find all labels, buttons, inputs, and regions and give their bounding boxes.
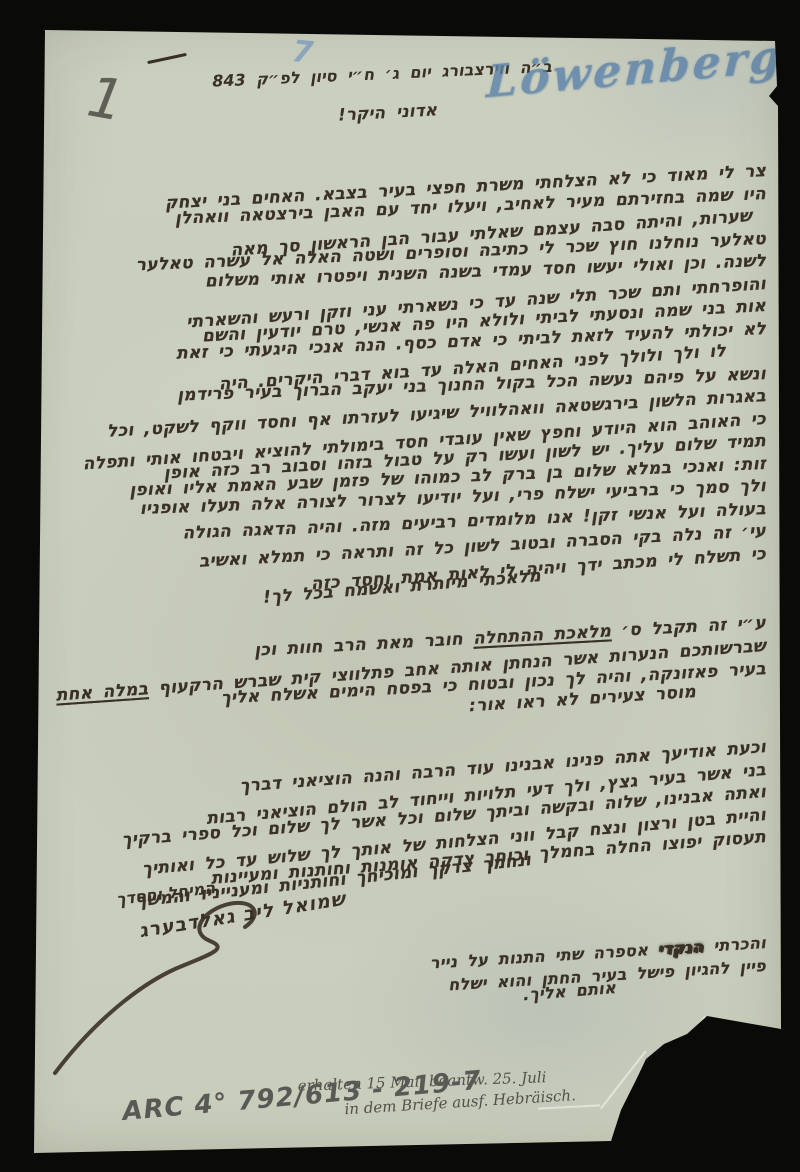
paper-sheet: 1 7 ב״ה ווירצבורג יום ג׳ ח״י סיון לפ״ק 8… [0,0,800,1172]
blue-crayon-name: Löwenberg [485,31,784,109]
letter-scan: { "scan": { "pencil_marks": { "page_numb… [0,0,800,1172]
body-paragraph-2: ע״י זה תקבל ס׳ מלאכת ההתחלה חובר מאת הרב… [90,612,766,704]
blotted-word: הנקדי [657,937,704,959]
body-paragraph-3: וכעת אודיעך אתה פנינו אבנינו עוד הרבה וה… [90,736,766,871]
signature-flourish [40,895,290,1080]
tear-edge-highlight [611,1016,706,1142]
salutation: אדוני היקר! [337,99,437,126]
postscript: והכרתי הנקדי אספרה שתי התנות על נייר פיי… [330,932,766,1000]
overline-mark [147,53,187,64]
body-paragraph-1: צר לי מאוד כי לא הצלחתי משרת חפצי בעיר ב… [90,160,766,588]
blue-pencil-number: 7 [290,37,314,69]
underlined-book-title: מלאכת ההתחלה [473,621,612,648]
line-text: חובר מאת הרב חוות וכן [254,629,474,661]
line-text: והכרתי [703,933,767,956]
pencil-page-number: 1 [83,69,128,130]
crease-line [600,1050,647,1109]
